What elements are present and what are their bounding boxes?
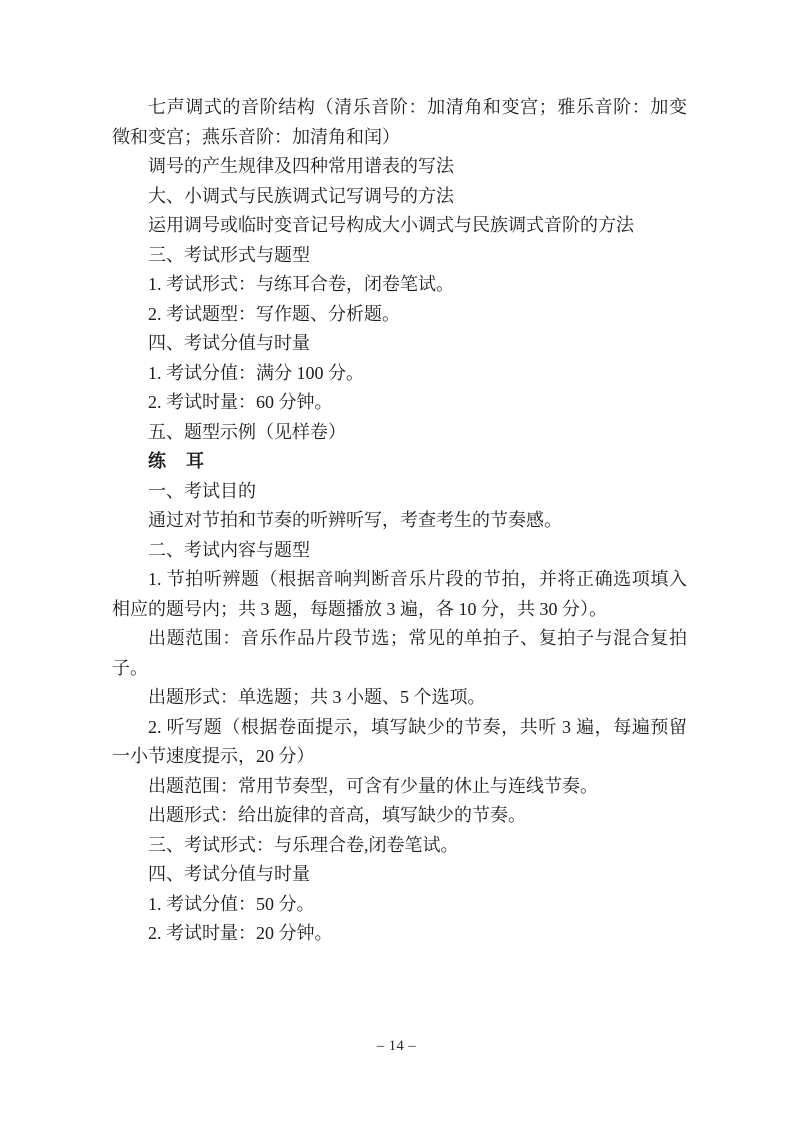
list-heading: 二、考试内容与题型 — [112, 536, 687, 566]
list-item: 2. 听写题（根据卷面提示，填写缺少的节奏，共听 3 遍，每遍预留一小节速度提示… — [112, 713, 687, 772]
list-heading: 三、考试形式与题型 — [112, 241, 687, 271]
paragraph: 出题形式：单选题；共 3 小题、5 个选项。 — [112, 683, 687, 713]
list-item: 2. 考试题型：写作题、分析题。 — [112, 300, 687, 330]
document-page: 七声调式的音阶结构（清乐音阶：加清角和变宫；雅乐音阶：加变徵和变宫；燕乐音阶：加… — [0, 0, 793, 1122]
paragraph: 出题形式：给出旋律的音高，填写缺少的节奏。 — [112, 801, 687, 831]
list-heading: 一、考试目的 — [112, 477, 687, 507]
paragraph: 运用调号或临时变音记号构成大小调式与民族调式音阶的方法 — [112, 211, 687, 241]
list-item: 2. 考试时量：20 分钟。 — [112, 919, 687, 949]
paragraph: 调号的产生规律及四种常用谱表的写法 — [112, 152, 687, 182]
paragraph: 通过对节拍和节奏的听辨听写，考查考生的节奏感。 — [112, 506, 687, 536]
page-number: – 14 – — [0, 1036, 793, 1056]
list-heading: 五、题型示例（见样卷） — [112, 418, 687, 448]
list-item: 1. 考试分值：满分 100 分。 — [112, 359, 687, 389]
list-item: 1. 考试形式：与练耳合卷，闭卷笔试。 — [112, 270, 687, 300]
paragraph: 出题范围：音乐作品片段节选；常见的单拍子、复拍子与混合复拍子。 — [112, 624, 687, 683]
paragraph: 出题范围：常用节奏型，可含有少量的休止与连线节奏。 — [112, 772, 687, 802]
list-item: 1. 考试分值：50 分。 — [112, 890, 687, 920]
paragraph: 七声调式的音阶结构（清乐音阶：加清角和变宫；雅乐音阶：加变徵和变宫；燕乐音阶：加… — [112, 93, 687, 152]
section-heading: 练 耳 — [112, 447, 687, 477]
list-item: 1. 节拍听辨题（根据音响判断音乐片段的节拍，并将正确选项填入相应的题号内；共 … — [112, 565, 687, 624]
list-item: 2. 考试时量：60 分钟。 — [112, 388, 687, 418]
list-heading: 四、考试分值与时量 — [112, 860, 687, 890]
section-ear-training: 练 耳 一、考试目的 通过对节拍和节奏的听辨听写，考查考生的节奏感。 二、考试内… — [112, 447, 687, 949]
list-heading: 三、考试形式：与乐理合卷,闭卷笔试。 — [112, 831, 687, 861]
paragraph: 大、小调式与民族调式记写调号的方法 — [112, 182, 687, 212]
section-music-theory-continued: 七声调式的音阶结构（清乐音阶：加清角和变宫；雅乐音阶：加变徵和变宫；燕乐音阶：加… — [112, 93, 687, 447]
list-heading: 四、考试分值与时量 — [112, 329, 687, 359]
